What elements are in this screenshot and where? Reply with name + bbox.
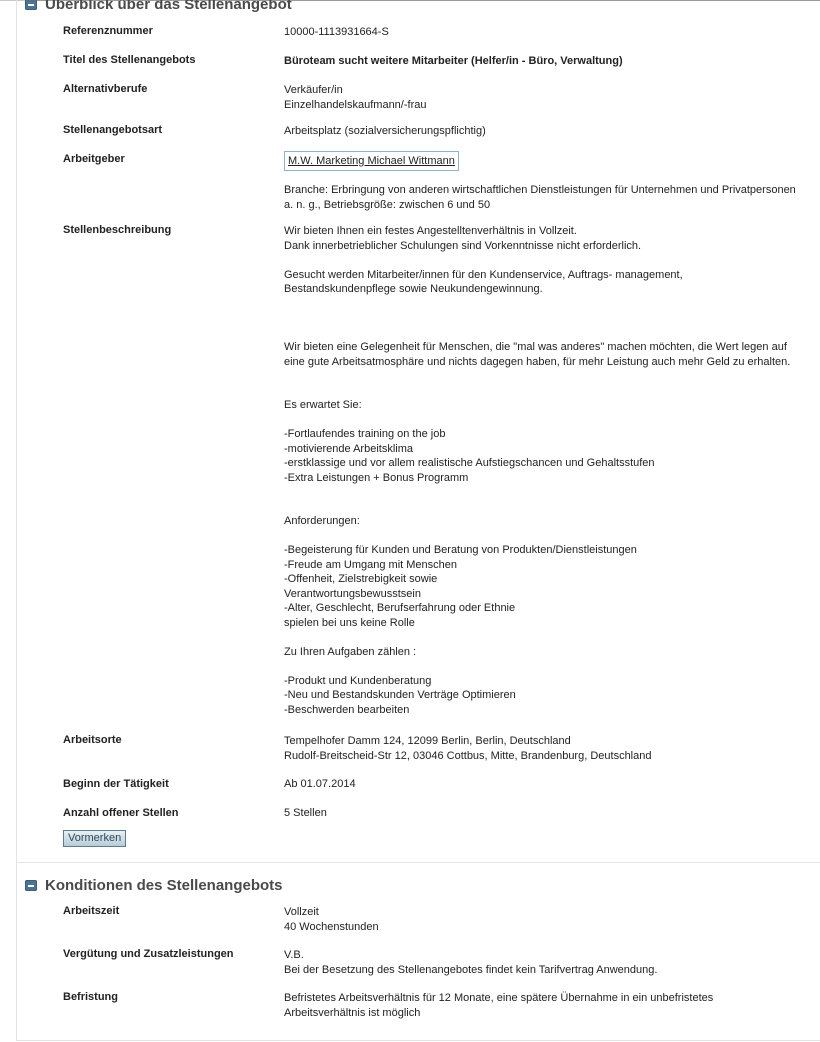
locations-label: Arbeitsorte	[63, 734, 273, 746]
work-time-label: Arbeitszeit	[63, 905, 273, 917]
location-item: Tempelhofer Damm 124, 12099 Berlin, Berl…	[284, 734, 804, 749]
description-value: Wir bieten Ihnen ein festes Angestellten…	[284, 224, 804, 717]
reference-label: Referenznummer	[63, 25, 273, 37]
description-line: -Alter, Geschlecht, Berufserfahrung oder…	[284, 601, 804, 616]
openings-value: 5 Stellen	[284, 806, 804, 821]
conditions-section-header[interactable]: Konditionen des Stellenangebots	[25, 877, 283, 894]
term-label: Befristung	[63, 991, 273, 1003]
description-line	[284, 500, 804, 515]
employer-branche: Branche: Erbringung von anderen wirtscha…	[284, 183, 804, 212]
description-line: Bestandskundenpflege sowie Neukundengewi…	[284, 282, 804, 297]
description-label: Stellenbeschreibung	[63, 224, 273, 236]
description-line	[284, 384, 804, 399]
alt-job-item: Verkäufer/in	[284, 83, 804, 98]
description-line: -erstklassige und vor allem realistische…	[284, 456, 804, 471]
description-line: Verantwortungsbewusstsein	[284, 587, 804, 602]
description-line: -Extra Leistungen + Bonus Programm	[284, 471, 804, 486]
pay-item: Bei der Besetzung des Stellenangebotes f…	[284, 963, 804, 978]
alt-jobs-value: Verkäufer/in Einzelhandelskaufmann/-frau	[284, 83, 804, 112]
overview-title: Überblick über das Stellenangebot	[45, 0, 292, 13]
employer-label: Arbeitgeber	[63, 153, 273, 165]
description-line	[284, 659, 804, 674]
alt-jobs-label: Alternativberufe	[63, 83, 273, 95]
description-line	[284, 630, 804, 645]
term-item: Befristetes Arbeitsverhältnis für 12 Mon…	[284, 991, 804, 1006]
description-line: Zu Ihren Aufgaben zählen :	[284, 645, 804, 660]
start-label: Beginn der Tätigkeit	[63, 778, 273, 790]
offer-type-label: Stellenangebotsart	[63, 124, 273, 136]
description-line: Gesucht werden Mitarbeiter/innen für den…	[284, 268, 804, 283]
description-line	[284, 529, 804, 544]
description-line: -Produkt und Kundenberatung	[284, 674, 804, 689]
description-line: Wir bieten Ihnen ein festes Angestellten…	[284, 224, 804, 239]
description-line	[284, 253, 804, 268]
openings-label: Anzahl offener Stellen	[63, 807, 273, 819]
location-item: Rudolf-Breitscheid-Str 12, 03046 Cottbus…	[284, 749, 804, 764]
collapse-icon[interactable]	[25, 0, 37, 10]
description-line: -Begeisterung für Kunden und Beratung vo…	[284, 543, 804, 558]
description-line: Es erwartet Sie:	[284, 398, 804, 413]
job-title-value: Büroteam sucht weitere Mitarbeiter (Helf…	[284, 54, 804, 69]
job-title-label: Titel des Stellenangebots	[63, 54, 273, 66]
start-value: Ab 01.07.2014	[284, 777, 804, 792]
branche-line: a. n. g., Betriebsgröße: zwischen 6 und …	[284, 198, 804, 213]
description-line: spielen bei uns keine Rolle	[284, 616, 804, 631]
work-time-value: Vollzeit 40 Wochenstunden	[284, 905, 804, 934]
conditions-title: Konditionen des Stellenangebots	[45, 877, 283, 894]
employer-link[interactable]: M.W. Marketing Michael Wittmann	[284, 151, 459, 171]
collapse-icon[interactable]	[25, 880, 37, 891]
description-line: Anforderungen:	[284, 514, 804, 529]
branche-line: Branche: Erbringung von anderen wirtscha…	[284, 183, 804, 198]
description-line: -Neu und Bestandskunden Verträge Optimie…	[284, 688, 804, 703]
description-line: Dank innerbetrieblicher Schulungen sind …	[284, 239, 804, 254]
pay-item: V.B.	[284, 948, 804, 963]
description-line: eine gute Arbeitsatmosphäre und nichts d…	[284, 355, 804, 370]
pay-value: V.B. Bei der Besetzung des Stellenangebo…	[284, 948, 804, 977]
description-line: -Offenheit, Zielstrebigkeit sowie	[284, 572, 804, 587]
description-line: Wir bieten eine Gelegenheit für Menschen…	[284, 340, 804, 355]
term-value: Befristetes Arbeitsverhältnis für 12 Mon…	[284, 991, 804, 1020]
description-line: -Fortlaufendes training on the job	[284, 427, 804, 442]
description-line: -Freude am Umgang mit Menschen	[284, 558, 804, 573]
work-time-item: Vollzeit	[284, 905, 804, 920]
employer-value: M.W. Marketing Michael Wittmann Branche:…	[284, 151, 804, 212]
term-item: Arbeitsverhältnis ist möglich	[284, 1006, 804, 1021]
description-line: -motivierende Arbeitsklima	[284, 442, 804, 457]
description-line	[284, 413, 804, 428]
description-line	[284, 369, 804, 384]
description-line	[284, 326, 804, 341]
work-time-item: 40 Wochenstunden	[284, 920, 804, 935]
pay-label: Vergütung und Zusatzleistungen	[63, 948, 273, 960]
description-line	[284, 297, 804, 312]
description-line: -Beschwerden bearbeiten	[284, 703, 804, 718]
description-line	[284, 311, 804, 326]
locations-value: Tempelhofer Damm 124, 12099 Berlin, Berl…	[284, 734, 804, 763]
overview-section-header[interactable]: Überblick über das Stellenangebot	[25, 0, 292, 13]
description-line	[284, 485, 804, 500]
reference-value: 10000-1113931664-S	[284, 25, 804, 40]
offer-type-value: Arbeitsplatz (sozialversicherungspflicht…	[284, 124, 804, 139]
bookmark-button[interactable]: Vormerken	[63, 830, 126, 847]
alt-job-item: Einzelhandelskaufmann/-frau	[284, 98, 804, 113]
